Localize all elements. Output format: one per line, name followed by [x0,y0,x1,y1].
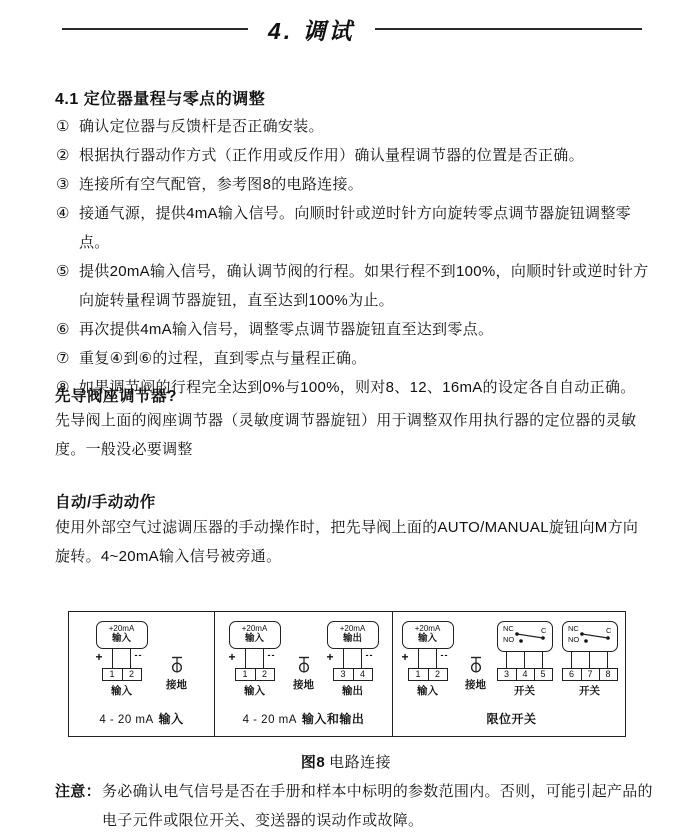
nc-label: NC [568,624,579,633]
wires: + -- [227,649,283,668]
adjustment-steps-list: ① 确认定位器与反馈杆是否正确安装。 ② 根据执行器动作方式（正作用或反作用）确… [56,112,652,402]
plus-sign: + [327,650,334,664]
signal-box: +20mA 输入 [229,621,281,649]
list-item: ⑤ 提供20mA输入信号，确认调节阀的行程。如果行程不到100%，向顺时针或逆时… [56,257,652,315]
ground-unit: 接地 [291,656,317,692]
auto-manual-paragraph: 使用外部空气过滤调压器的手动操作时，把先导阀上面的AUTO/MANUAL旋钮向M… [55,513,647,571]
input-terminal-unit: +20mA 输入 + -- 1 2 输入 [400,621,456,698]
wires [562,652,618,668]
caption-bold: 输入和输出 [302,712,365,726]
step-marker: ⑥ [56,315,70,344]
ground-icon [468,656,484,675]
wires [497,652,553,668]
title-rule-left [62,28,248,30]
ground-icon [296,656,312,675]
switch-box: NC NO C [562,621,618,652]
note-block: 注意： 务必确认电气信号是否在手册和样本中标明的参数范围内。否则，可能引起产品的… [55,777,655,835]
limit-switch-unit-1: NC NO C [496,621,554,698]
plus-sign: + [229,650,236,664]
terminal-strip: 1 2 [408,668,448,681]
terminal: 1 [236,669,255,680]
signal-box-label: 输出 [343,634,362,644]
step-marker: ② [56,141,70,170]
terminal-label: 输入 [244,683,265,698]
wire [361,649,362,668]
terminal-label: 开关 [514,683,535,698]
plus-sign: + [96,650,103,664]
terminal-label: 输入 [111,683,132,698]
terminal-strip: 1 2 [102,668,142,681]
c-label: C [541,626,547,635]
input-terminal-unit: +20mA 输入 + -- 1 2 输入 [227,621,283,698]
terminal: 1 [103,669,122,680]
pilot-valve-paragraph: 先导阀上面的阀座调节器（灵敏度调节器旋钮）用于调整双作用执行器的定位器的灵敏度。… [55,406,647,464]
circuit-diagram: +20mA 输入 + -- 1 2 输入 [68,611,626,737]
list-item: ① 确认定位器与反馈杆是否正确安装。 [56,112,652,141]
input-terminal-unit: +20mA 输入 + -- 1 2 输入 [94,621,150,698]
title-rule-right [375,28,642,30]
note-label: 注意： [55,777,101,806]
wire [112,649,113,668]
list-item: ② 根据执行器动作方式（正作用或反作用）确认量程调节器的位置是否正确。 [56,141,652,170]
terminal: 6 [563,669,581,680]
note-text: 务必确认电气信号是否在手册和样本中标明的参数范围内。否则，可能引起产品的电子元件… [102,783,653,829]
terminal: 2 [428,669,447,680]
switch-symbol-icon: NC NO C [498,622,552,651]
wire [130,649,131,668]
chapter-title-row: 4. 调试 [62,8,642,50]
terminal-strip: 1 2 [235,668,275,681]
step-text: 重复④到⑥的过程，直到零点与量程正确。 [79,350,367,367]
switch-symbol-icon: NC NO C [563,622,617,651]
step-text: 确认定位器与反馈杆是否正确安装。 [79,118,324,135]
minus-sign: -- [366,650,374,660]
figure-number: 图8 [301,754,325,771]
list-item: ③ 连接所有空气配管，参考图8的电路连接。 [56,170,652,199]
step-marker: ⑦ [56,344,70,373]
wire [542,652,543,668]
figure-title: 电路连接 [329,754,391,771]
no-label: NO [568,635,579,644]
minus-sign: -- [441,650,449,660]
output-terminal-unit: +20mA 输出 + -- 3 4 输出 [325,621,381,698]
panel-caption: 限位开关 [393,710,625,727]
step-marker: ⑤ [56,257,70,286]
wires: + -- [400,649,456,668]
step-text: 接通气源，提供4mA输入信号。向顺时针或逆时针方向旋转零点调节器旋钮调整零点。 [79,205,631,251]
terminal: 1 [409,669,428,680]
limit-switch-unit-2: NC NO C [561,621,619,698]
terminal: 3 [498,669,516,680]
wires: + -- [94,649,150,668]
wire [524,652,525,668]
diagram-panel-input-output: +20mA 输入 + -- 1 2 输入 [214,612,392,736]
terminal-strip: 3 4 [333,668,373,681]
signal-box-label: 输入 [112,634,131,644]
step-marker: ④ [56,199,70,228]
no-label: NO [503,635,514,644]
list-item: ④ 接通气源，提供4mA输入信号。向顺时针或逆时针方向旋转零点调节器旋钮调整零点… [56,199,652,257]
wires: + -- [325,649,381,668]
diagram-panel-limit-switch: +20mA 输入 + -- 1 2 输入 [392,612,625,736]
signal-box-label: 输入 [418,634,437,644]
terminal: 4 [353,669,372,680]
wire [571,652,572,668]
step-text: 再次提供4mA输入信号，调整零点调节器旋钮直至达到零点。 [79,321,493,338]
caption-text: 4 - 20 mA [99,714,153,726]
step-text: 根据执行器动作方式（正作用或反作用）确认量程调节器的位置是否正确。 [79,147,584,164]
signal-box: +20mA 输出 [327,621,379,649]
nc-label: NC [503,624,514,633]
terminal-strip: 6 7 8 [562,668,618,681]
terminal: 4 [516,669,534,680]
step-text: 提供20mA输入信号，确认调节阀的行程。如果行程不到100%，向顺时针或逆时针方… [79,263,649,309]
wire [418,649,419,668]
wire [607,652,608,668]
minus-sign: -- [135,650,143,660]
ground-unit: 接地 [463,656,489,692]
diagram-panel-input: +20mA 输入 + -- 1 2 输入 [69,612,214,736]
plus-sign: + [402,650,409,664]
wire [263,649,264,668]
terminal: 3 [334,669,353,680]
list-item: ⑦ 重复④到⑥的过程，直到零点与量程正确。 [56,344,652,373]
step-marker: ③ [56,170,70,199]
terminal: 2 [255,669,274,680]
signal-box-label: 输入 [245,634,264,644]
ground-label: 接地 [293,677,314,692]
panel-caption: 4 - 20 mA输入 [69,710,214,727]
terminal-strip: 3 4 5 [497,668,553,681]
wire [343,649,344,668]
auto-manual-heading: 自动/手动动作 [55,490,156,512]
caption-text: 4 - 20 mA [243,714,297,726]
switch-box: NC NO C [497,621,553,652]
c-label: C [606,626,612,635]
ground-label: 接地 [465,677,486,692]
terminal: 5 [534,669,552,680]
step-marker: ① [56,112,70,141]
figure-caption: 图8电路连接 [0,751,692,772]
signal-box: +20mA 输入 [96,621,148,649]
minus-sign: -- [268,650,276,660]
terminal: 8 [599,669,617,680]
terminal-label: 输出 [342,683,363,698]
ground-label: 接地 [166,677,187,692]
signal-box: +20mA 输入 [402,621,454,649]
manual-page: 4. 调试 4.1 定位器量程与零点的调整 ① 确认定位器与反馈杆是否正确安装。… [0,0,692,840]
section-4-1-heading: 4.1 定位器量程与零点的调整 [55,86,265,109]
ground-unit: 接地 [164,656,190,692]
terminal: 7 [581,669,599,680]
wire [506,652,507,668]
wire [436,649,437,668]
pilot-valve-heading: 先导阀座调节器? [55,384,177,406]
ground-icon [169,656,185,675]
list-item: ⑥ 再次提供4mA输入信号，调整零点调节器旋钮直至达到零点。 [56,315,652,344]
wire [589,652,590,668]
caption-bold: 输入 [159,712,184,726]
step-text: 连接所有空气配管，参考图8的电路连接。 [79,176,363,193]
panel-caption: 4 - 20 mA输入和输出 [215,710,392,727]
terminal: 2 [122,669,141,680]
wire [245,649,246,668]
terminal-label: 开关 [579,683,600,698]
page-title: 4. 调试 [262,13,361,46]
terminal-label: 输入 [417,683,438,698]
caption-bold: 限位开关 [486,712,536,726]
